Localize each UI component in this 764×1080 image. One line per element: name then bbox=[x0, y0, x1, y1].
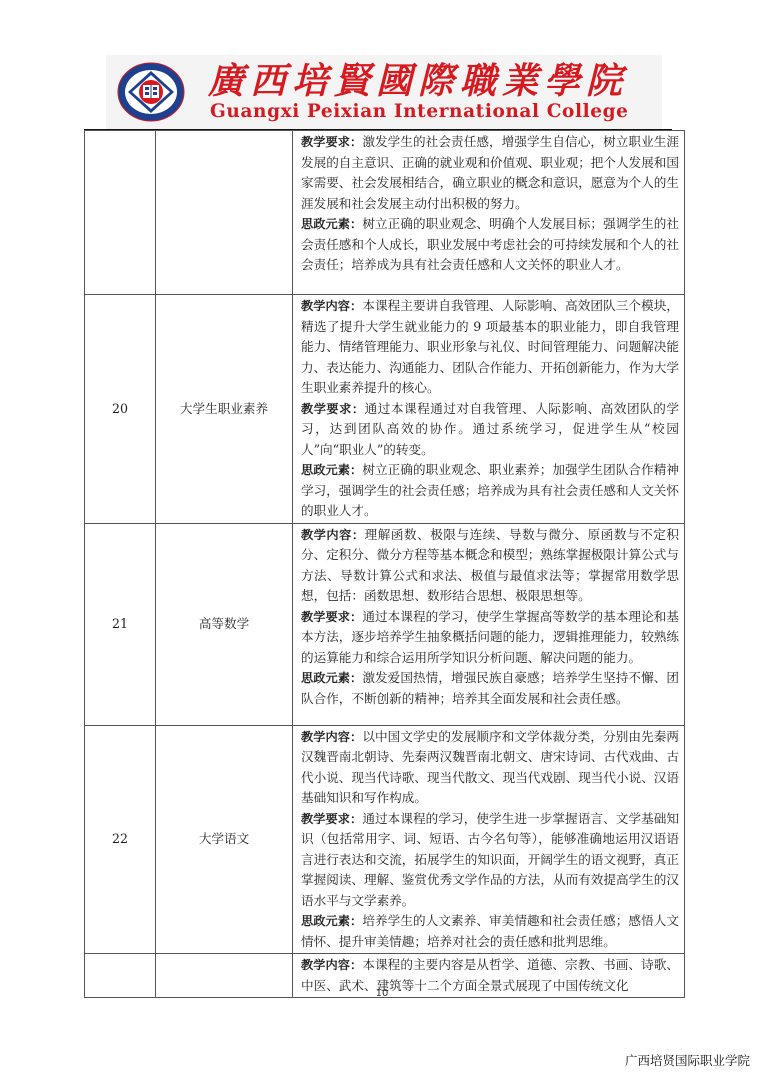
ideological-elements: 思政元素：激发爱国热情，增强民族自豪感；培养学生坚持不懈、团队合作，不断创新的精… bbox=[301, 668, 679, 709]
teaching-requirements: 教学要求：激发学生的社会责任感，增强学生自信心，树立职业生涯发展的自主意识、正确… bbox=[301, 132, 679, 214]
teaching-requirements: 教学要求：通过本课程通过对自我管理、人际影响、高效团队的学习，达到团队高效的协作… bbox=[301, 399, 679, 461]
ideological-elements: 思政元素：培养学生的人文素养、审美情趣和社会责任感；感悟人文情怀、提升审美情趣；… bbox=[301, 911, 679, 952]
teaching-content: 教学内容：本课程主要讲自我管理、人际影响、高效团队三个模块，精选了提升大学生就业… bbox=[301, 296, 679, 399]
table-row: 20 大学生职业素养 教学内容：本课程主要讲自我管理、人际影响、高效团队三个模块… bbox=[85, 295, 685, 524]
paragraph-label: 教学要求： bbox=[301, 135, 362, 149]
paragraph-label: 思政元素： bbox=[301, 463, 362, 477]
paragraph-label: 教学要求： bbox=[301, 812, 362, 826]
course-number bbox=[85, 131, 156, 295]
course-name: 大学生职业素养 bbox=[156, 295, 293, 524]
course-name: 高等数学 bbox=[156, 523, 293, 725]
paragraph-label: 教学内容： bbox=[301, 958, 362, 972]
course-number: 22 bbox=[85, 725, 156, 954]
college-name-chinese: 廣西培賢國際職業學院 bbox=[208, 59, 628, 103]
ideological-elements: 思政元素：树立正确的职业观念、明确个人发展目标；强调学生的社会责任感和个人成长，… bbox=[301, 214, 679, 276]
ideological-elements: 思政元素：树立正确的职业观念、职业素养；加强学生团队合作精神学习，强调学生的社会… bbox=[301, 460, 679, 522]
college-emblem-icon bbox=[116, 61, 186, 123]
paragraph-label: 教学内容： bbox=[301, 528, 365, 542]
course-name bbox=[156, 131, 293, 295]
paragraph-label: 教学内容： bbox=[301, 730, 362, 744]
paragraph-label: 教学要求： bbox=[301, 402, 365, 416]
teaching-content: 教学内容：以中国文学史的发展顺序和文学体裁分类，分别由先秦两汉魏晋南北朝诗、先秦… bbox=[301, 727, 679, 809]
table-row: 22 大学语文 教学内容：以中国文学史的发展顺序和文学体裁分类，分别由先秦两汉魏… bbox=[85, 725, 685, 954]
footer-organization: 广西培贤国际职业学院 bbox=[625, 1051, 750, 1069]
paragraph-label: 思政元素： bbox=[301, 914, 362, 928]
teaching-requirements: 教学要求：通过本课程的学习，使学生进一步掌握语言、文学基础知识（包括常用字、词、… bbox=[301, 809, 679, 912]
course-name: 大学语文 bbox=[156, 725, 293, 954]
paragraph-label: 思政元素： bbox=[301, 217, 362, 231]
course-number: 20 bbox=[85, 295, 156, 524]
course-description: 教学内容：理解函数、极限与连续、导数与微分、原函数与不定积分、定积分、微分方程等… bbox=[293, 523, 685, 725]
paragraph-label: 教学内容： bbox=[301, 299, 362, 313]
course-table: 教学要求：激发学生的社会责任感，增强学生自信心，树立职业生涯发展的自主意识、正确… bbox=[84, 130, 685, 998]
course-description: 教学要求：激发学生的社会责任感，增强学生自信心，树立职业生涯发展的自主意识、正确… bbox=[293, 131, 685, 295]
teaching-requirements: 教学要求：通过本课程的学习，使学生掌握高等数学的基本理论和基本方法，逐步培养学生… bbox=[301, 607, 679, 669]
course-description: 教学内容：以中国文学史的发展顺序和文学体裁分类，分别由先秦两汉魏晋南北朝诗、先秦… bbox=[293, 725, 685, 954]
table-row: 21 高等数学 教学内容：理解函数、极限与连续、导数与微分、原函数与不定积分、定… bbox=[85, 523, 685, 725]
course-number: 21 bbox=[85, 523, 156, 725]
teaching-content: 教学内容：理解函数、极限与连续、导数与微分、原函数与不定积分、定积分、微分方程等… bbox=[301, 525, 679, 607]
paragraph-label: 教学要求： bbox=[301, 610, 362, 624]
page-number: 10 bbox=[0, 988, 764, 999]
paragraph-label: 思政元素： bbox=[301, 671, 362, 685]
college-name-english: Guangxi Peixian International College bbox=[210, 101, 629, 123]
header-banner: 廣西培賢國際職業學院 Guangxi Peixian International… bbox=[106, 55, 662, 129]
table-row: 教学要求：激发学生的社会责任感，增强学生自信心，树立职业生涯发展的自主意识、正确… bbox=[85, 131, 685, 295]
course-description: 教学内容：本课程主要讲自我管理、人际影响、高效团队三个模块，精选了提升大学生就业… bbox=[293, 295, 685, 524]
